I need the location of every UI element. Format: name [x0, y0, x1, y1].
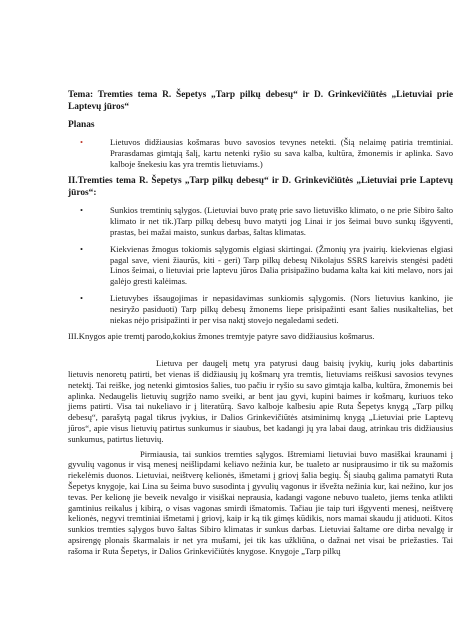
plan-heading: Planas — [68, 119, 453, 131]
bullet-icon: • — [80, 205, 83, 216]
plan-list-item: • Lietuvos didžiausias košmaras buvo sav… — [68, 137, 453, 169]
section-2-list: • Sunkios tremtinių sąlygos. (Lietuviai … — [68, 205, 453, 325]
section-2-item-text: Sunkios tremtinių sąlygos. (Lietuviai bu… — [110, 205, 453, 237]
body-paragraph: Lietuva per daugelį metų yra patyrusi da… — [68, 358, 453, 444]
document-title: Tema: Tremties tema R. Šepetys „Tarp pil… — [68, 89, 453, 113]
section-2-title: II.Tremties tema R. Šepetys „Tarp pilkų … — [68, 175, 453, 199]
section-3-text: III.Knygos apie tremtį parodo,kokius žmo… — [68, 331, 453, 342]
section-2-list-item: • Lietuvybes išsaugojimas ir nepasidavim… — [68, 293, 453, 325]
document-page: Tema: Tremties tema R. Šepetys „Tarp pil… — [0, 0, 474, 632]
plan-list: • Lietuvos didžiausias košmaras buvo sav… — [68, 137, 453, 169]
section-2-item-text: Kiekvienas žmogus tokiomis sąlygomis elg… — [110, 244, 453, 286]
bullet-icon: • — [80, 293, 83, 304]
document-content: Tema: Tremties tema R. Šepetys „Tarp pil… — [68, 89, 453, 561]
bullet-icon: • — [80, 137, 83, 148]
section-2-list-item: • Kiekvienas žmogus tokiomis sąlygomis e… — [68, 244, 453, 287]
section-2-item-text: Lietuvybes išsaugojimas ir nepasidavimas… — [110, 293, 453, 325]
body-paragraph: Pirmiausia, tai sunkios tremties sąlygos… — [68, 449, 453, 557]
bullet-icon: • — [80, 244, 83, 255]
plan-item-text: Lietuvos didžiausias košmaras buvo savos… — [110, 137, 453, 169]
section-2-list-item: • Sunkios tremtinių sąlygos. (Lietuviai … — [68, 205, 453, 237]
